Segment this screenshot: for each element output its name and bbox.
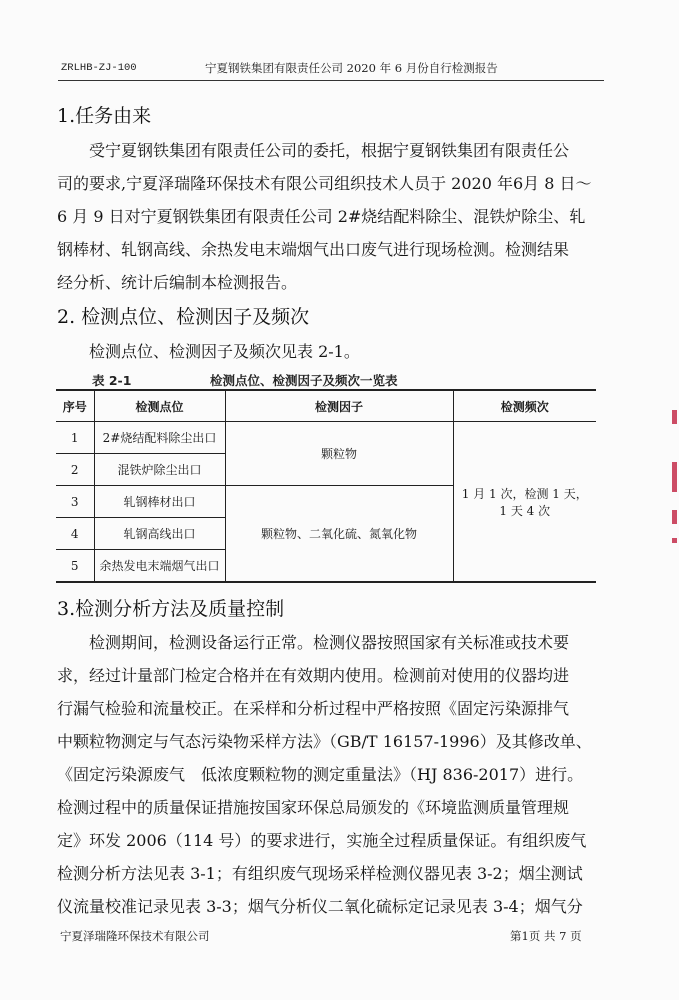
paragraph-line: 《固定污染源废气 低浓度颗粒物的测定重量法》（HJ 836-2017）进行。 — [57, 758, 592, 791]
section-1-heading: 1.任务由来 — [57, 101, 151, 128]
row-number: 4 — [56, 518, 94, 550]
report-title: 宁夏钢铁集团有限责任公司 2020 年 6 月份自行检测报告 — [205, 60, 498, 76]
detection-table: 序号 检测点位 检测因子 检测频次 1 2#烧结配料除尘出口 颗粒物 1 月 1… — [56, 389, 596, 583]
seal-edge-mark — [672, 410, 677, 424]
row-number: 2 — [56, 454, 94, 486]
paragraph-line: 行漏气检验和流量校正。在采样和分析过程中严格按照《固定污染源排气 — [57, 692, 592, 725]
monitoring-site: 轧钢棒材出口 — [94, 486, 225, 518]
paragraph-line: 经分析、统计后编制本检测报告。 — [57, 266, 592, 299]
seal-edge-mark — [672, 462, 677, 492]
monitoring-site: 混铁炉除尘出口 — [94, 454, 225, 486]
paragraph-line: 司的要求,宁夏泽瑞隆环保技术有限公司组织技术人员于 2020 年6月 8 日～ — [57, 167, 592, 200]
paragraph-line: 钢棒材、轧钢高线、余热发电末端烟气出口废气进行现场检测。检测结果 — [57, 233, 592, 266]
section-1-body: 受宁夏钢铁集团有限责任公司的委托，根据宁夏钢铁集团有限责任公 司的要求,宁夏泽瑞… — [57, 134, 592, 299]
frequency-line: 1 月 1 次，检测 1 天， — [454, 485, 597, 502]
table-row: 1 2#烧结配料除尘出口 颗粒物 1 月 1 次，检测 1 天， 1 天 4 次 — [56, 422, 596, 454]
monitoring-site: 余热发电末端烟气出口 — [94, 550, 225, 583]
paragraph-line: 检测分析方法见表 3-1；有组织废气现场采样检测仪器见表 3-2；烟尘测试 — [57, 857, 592, 890]
table-caption: 检测点位、检测因子及频次一览表 — [210, 371, 398, 389]
section-3-heading: 3.检测分析方法及质量控制 — [57, 594, 284, 621]
frequency-line: 1 天 4 次 — [454, 502, 597, 519]
paragraph-line: 受宁夏钢铁集团有限责任公司的委托，根据宁夏钢铁集团有限责任公 — [57, 134, 592, 167]
table-number: 表 2-1 — [92, 371, 131, 389]
row-number: 5 — [56, 550, 94, 583]
seal-edge-mark — [672, 510, 677, 524]
paragraph-line: 中颗粒物测定与气态污染物采样方法》（GB/T 16157-1996）及其修改单、 — [57, 725, 592, 758]
row-number: 3 — [56, 486, 94, 518]
paragraph-line: 仪流量校准记录见表 3-3；烟气分析仪二氧化硫标定记录见表 3-4；烟气分 — [57, 890, 592, 923]
column-header-factor: 检测因子 — [225, 390, 453, 422]
monitoring-site: 2#烧结配料除尘出口 — [94, 422, 225, 454]
document-code: ZRLHB-ZJ-100 — [61, 62, 137, 74]
paragraph-line: 定》环发 2006（114 号）的要求进行，实施全过程质量保证。有组织废气 — [57, 824, 592, 857]
paragraph-line: 检测期间，检测设备运行正常。检测仪器按照国家有关标准或技术要 — [57, 626, 592, 659]
footer-company: 宁夏泽瑞隆环保技术有限公司 — [60, 928, 210, 944]
column-header-frequency: 检测频次 — [453, 390, 596, 422]
paragraph-line: 6 月 9 日对宁夏钢铁集团有限责任公司 2#烧结配料除尘、混铁炉除尘、轧 — [57, 200, 592, 233]
header-divider — [58, 80, 604, 81]
column-header-site: 检测点位 — [94, 390, 225, 422]
section-3-body: 检测期间，检测设备运行正常。检测仪器按照国家有关标准或技术要 求，经过计量部门检… — [57, 626, 592, 923]
column-header-no: 序号 — [56, 390, 94, 422]
page-number: 第1页 共 7 页 — [510, 928, 582, 944]
section-2-intro: 检测点位、检测因子及频次见表 2-1。 — [89, 335, 360, 368]
factor-cell: 颗粒物 — [225, 422, 453, 486]
section-2-heading: 2. 检测点位、检测因子及频次 — [57, 302, 309, 329]
monitoring-site: 轧钢高线出口 — [94, 518, 225, 550]
frequency-cell: 1 月 1 次，检测 1 天， 1 天 4 次 — [453, 422, 596, 583]
row-number: 1 — [56, 422, 94, 454]
seal-edge-mark — [672, 538, 677, 543]
paragraph-line: 检测过程中的质量保证措施按国家环保总局颁发的《环境监测质量管理规 — [57, 791, 592, 824]
paragraph-line: 求，经过计量部门检定合格并在有效期内使用。检测前对使用的仪器均进 — [57, 659, 592, 692]
factor-cell: 颗粒物、二氧化硫、氮氧化物 — [225, 486, 453, 583]
table-header-row: 序号 检测点位 检测因子 检测频次 — [56, 390, 596, 422]
